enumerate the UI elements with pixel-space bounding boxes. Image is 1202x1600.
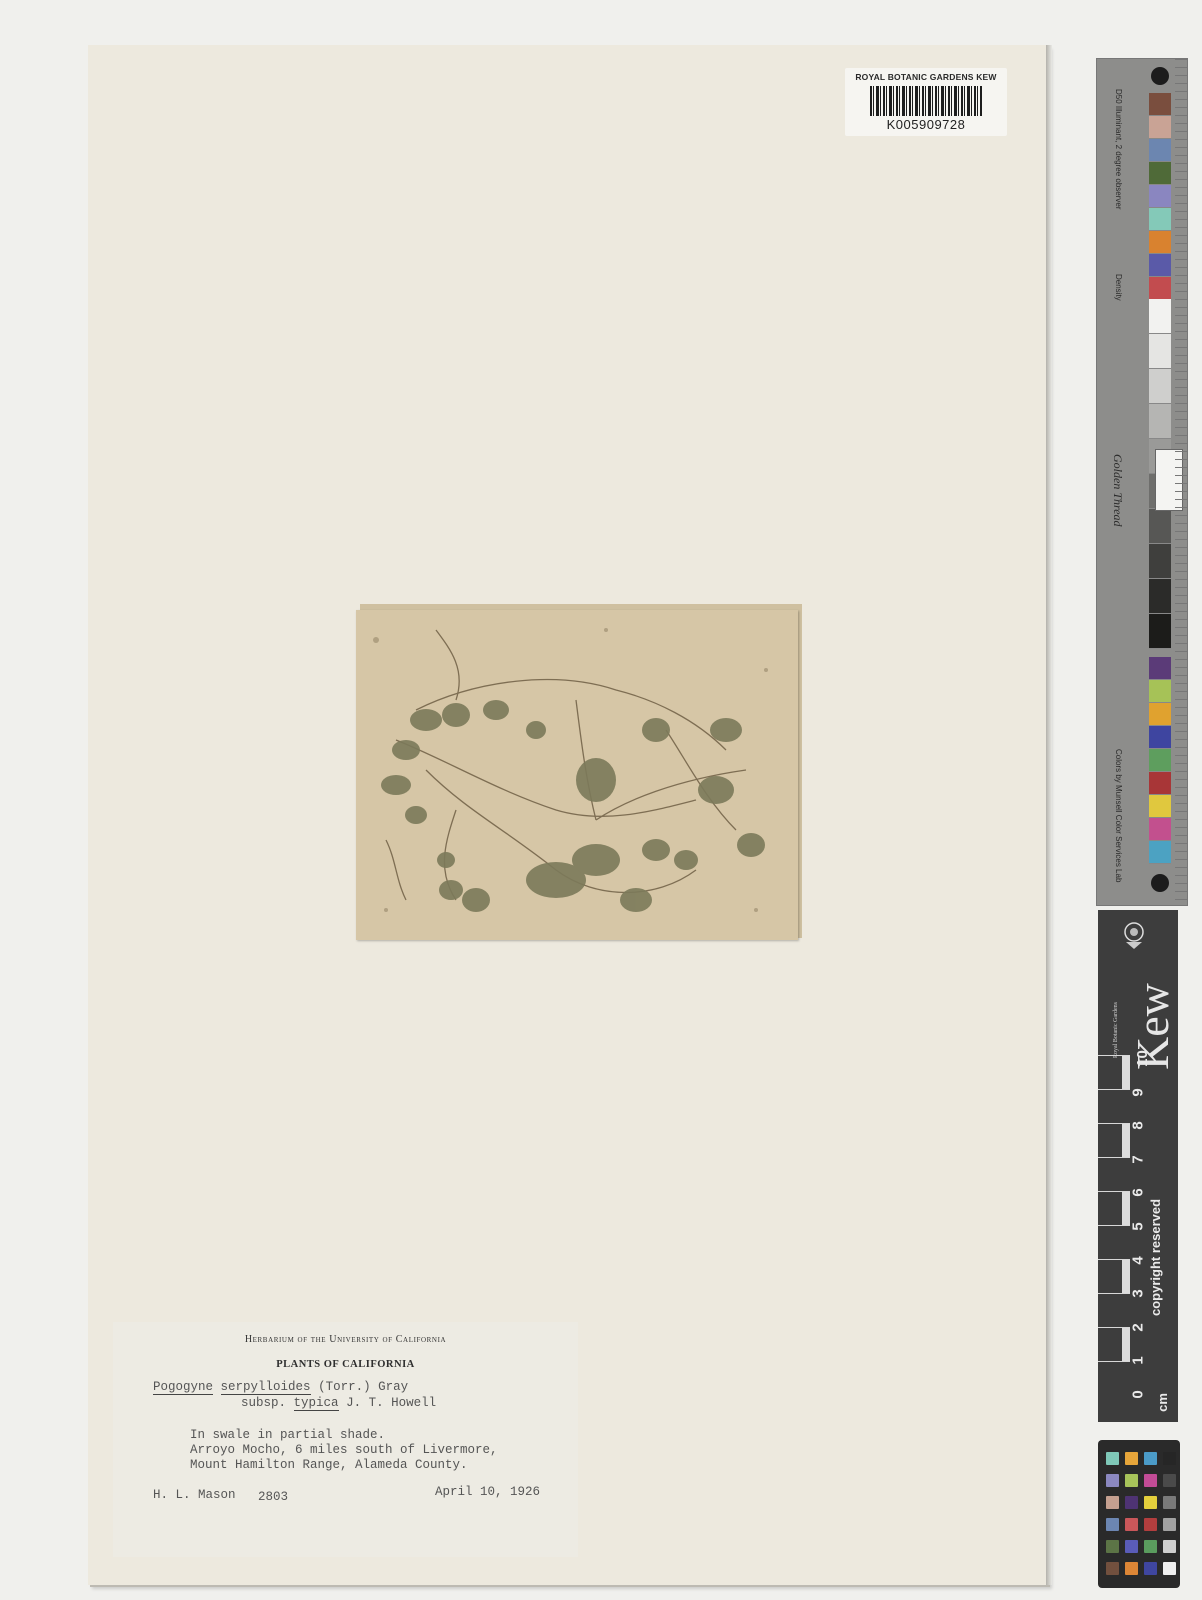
checker-swatch bbox=[1125, 1540, 1138, 1553]
barcode-institution: ROYAL BOTANIC GARDENS KEW bbox=[845, 72, 1007, 82]
infra-name: typica bbox=[294, 1396, 339, 1411]
checker-swatch bbox=[1125, 1452, 1138, 1465]
scale-number: 2 bbox=[1130, 1323, 1147, 1331]
infra-author: J. T. Howell bbox=[346, 1396, 436, 1410]
scale-ruler bbox=[1098, 1055, 1130, 1395]
color-swatch bbox=[1149, 162, 1171, 185]
checker-swatch bbox=[1163, 1452, 1176, 1465]
color-checker-card bbox=[1098, 1440, 1180, 1588]
scale-number: 10 bbox=[1134, 1050, 1151, 1067]
color-swatch bbox=[1149, 231, 1171, 254]
color-swatch bbox=[1149, 544, 1171, 579]
checker-swatch bbox=[1106, 1452, 1119, 1465]
color-swatch bbox=[1149, 369, 1171, 404]
checker-swatch bbox=[1144, 1452, 1157, 1465]
color-swatch bbox=[1149, 299, 1171, 334]
kew-scale-bar: Royal Botanic Gardens Kew 109876543210 c… bbox=[1098, 910, 1178, 1422]
scale-number: 1 bbox=[1130, 1357, 1147, 1365]
locality-line-2: Mount Hamilton Range, Alameda County. bbox=[190, 1458, 468, 1472]
color-calibration-chart: D50 Illuminant, 2 degree observer Densit… bbox=[1096, 58, 1188, 906]
color-swatch bbox=[1149, 726, 1171, 749]
punch-hole-bottom-icon bbox=[1151, 874, 1169, 892]
pressed-plant-specimen-icon bbox=[356, 610, 798, 940]
color-swatch bbox=[1149, 254, 1171, 277]
checker-swatch bbox=[1106, 1496, 1119, 1509]
color-swatch bbox=[1149, 680, 1171, 703]
checker-swatch bbox=[1144, 1518, 1157, 1531]
chart-text-column: D50 Illuminant, 2 degree observer Densit… bbox=[1097, 59, 1133, 905]
color-swatch bbox=[1149, 185, 1171, 208]
color-swatch bbox=[1149, 404, 1171, 439]
checker-swatch bbox=[1163, 1562, 1176, 1575]
color-swatch bbox=[1149, 841, 1171, 864]
density-text: Density bbox=[1114, 274, 1123, 301]
color-swatch bbox=[1149, 208, 1171, 231]
copyright-text: copyright reserved bbox=[1148, 1199, 1163, 1316]
scale-number: 0 bbox=[1130, 1390, 1147, 1398]
checker-swatch bbox=[1125, 1518, 1138, 1531]
kew-crest-icon bbox=[1120, 920, 1148, 950]
barcode-label: ROYAL BOTANIC GARDENS KEW K005909728 bbox=[845, 68, 1007, 136]
checker-swatch-grid bbox=[1106, 1452, 1176, 1575]
kew-subtitle: Royal Botanic Gardens bbox=[1113, 1002, 1119, 1058]
checker-swatch bbox=[1125, 1496, 1138, 1509]
munsell-credit-text: Colors by Munsell Color Services Lab bbox=[1114, 749, 1123, 882]
color-swatch bbox=[1149, 139, 1171, 162]
color-swatch bbox=[1149, 772, 1171, 795]
herbarium-label: Herbarium of the University of Californi… bbox=[113, 1322, 578, 1557]
brand-text: Golden Thread bbox=[1110, 454, 1125, 527]
color-swatch bbox=[1149, 277, 1171, 300]
checker-swatch bbox=[1144, 1540, 1157, 1553]
color-swatch bbox=[1149, 116, 1171, 139]
checker-swatch bbox=[1125, 1562, 1138, 1575]
checker-swatch bbox=[1163, 1518, 1176, 1531]
scale-number: 5 bbox=[1130, 1222, 1147, 1230]
color-swatch bbox=[1149, 749, 1171, 772]
taxon-author: (Torr.) Gray bbox=[318, 1380, 408, 1394]
scale-number: 4 bbox=[1130, 1256, 1147, 1264]
illuminant-text: D50 Illuminant, 2 degree observer bbox=[1114, 89, 1123, 210]
scale-number: 7 bbox=[1130, 1155, 1147, 1163]
scale-number: 6 bbox=[1130, 1189, 1147, 1197]
infra-rank: subsp. bbox=[241, 1396, 286, 1410]
cm-unit-label: cm bbox=[1155, 1393, 1170, 1412]
checker-swatch bbox=[1144, 1474, 1157, 1487]
color-swatch bbox=[1149, 703, 1171, 726]
barcode-icon bbox=[870, 86, 982, 116]
scale-number: 8 bbox=[1130, 1122, 1147, 1130]
locality-line-1: Arroyo Mocho, 6 miles south of Livermore… bbox=[190, 1443, 498, 1457]
checker-swatch bbox=[1125, 1474, 1138, 1487]
punch-hole-top-icon bbox=[1151, 67, 1169, 85]
taxon-species: serpylloides bbox=[221, 1380, 311, 1395]
checker-swatch bbox=[1106, 1562, 1119, 1575]
color-swatches-top bbox=[1149, 93, 1171, 300]
infraspecific-line: subsp. typica J. T. Howell bbox=[241, 1396, 436, 1410]
label-title: PLANTS OF CALIFORNIA bbox=[113, 1359, 578, 1370]
checker-swatch bbox=[1106, 1518, 1119, 1531]
checker-swatch bbox=[1163, 1474, 1176, 1487]
sheet-edge-shadow bbox=[1046, 45, 1052, 1585]
barcode-number: K005909728 bbox=[845, 117, 1007, 132]
checker-swatch bbox=[1144, 1496, 1157, 1509]
collection-date: April 10, 1926 bbox=[435, 1485, 540, 1499]
scale-number: 9 bbox=[1130, 1088, 1147, 1096]
color-swatch bbox=[1149, 509, 1171, 544]
habitat-text: In swale in partial shade. bbox=[190, 1428, 385, 1442]
collection-number: 2803 bbox=[258, 1490, 288, 1504]
checker-swatch bbox=[1163, 1540, 1176, 1553]
color-swatch bbox=[1149, 614, 1171, 649]
color-swatch bbox=[1149, 93, 1171, 116]
taxon-genus: Pogogyne bbox=[153, 1380, 213, 1395]
checker-swatch bbox=[1106, 1474, 1119, 1487]
checker-swatch bbox=[1144, 1562, 1157, 1575]
checker-swatch bbox=[1163, 1496, 1176, 1509]
color-swatches-bottom bbox=[1149, 657, 1171, 864]
checker-swatch bbox=[1106, 1540, 1119, 1553]
scale-number: 3 bbox=[1130, 1290, 1147, 1298]
taxon-line: Pogogyne serpylloides (Torr.) Gray bbox=[153, 1380, 408, 1394]
color-swatch bbox=[1149, 657, 1171, 680]
color-swatch bbox=[1149, 795, 1171, 818]
inch-ruler bbox=[1175, 59, 1187, 905]
label-header: Herbarium of the University of Californi… bbox=[113, 1334, 578, 1345]
color-swatch bbox=[1149, 334, 1171, 369]
color-swatch bbox=[1149, 818, 1171, 841]
color-swatch bbox=[1149, 579, 1171, 614]
collector-name: H. L. Mason bbox=[153, 1488, 236, 1502]
specimen-packet bbox=[356, 610, 798, 940]
